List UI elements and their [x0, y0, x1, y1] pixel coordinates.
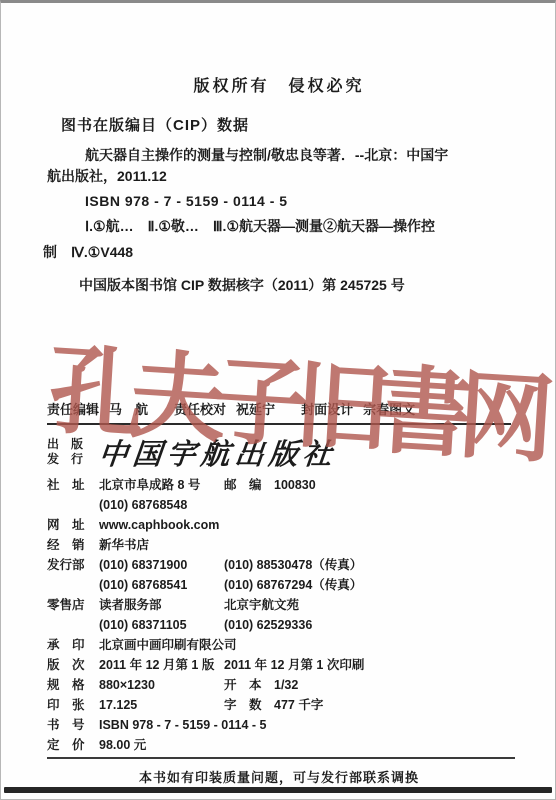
colophon-row-size: 规 格880×1230 开 本1/32 [47, 675, 511, 695]
row-value-2: 1/32 [274, 678, 298, 692]
publisher-distribution-label: 出 版 发 行 [47, 437, 99, 467]
colophon-row-sheets: 印 张17.125 字 数477 千字 [47, 695, 511, 715]
row-value: 北京市阜成路 8 号 [99, 478, 200, 492]
publisher-logo-script: 中国宇航出版社 [97, 432, 339, 473]
colophon-row-edition: 版 次2011 年 12 月第 1 版 2011 年 12 月第 1 次印刷 [47, 655, 511, 675]
credit-cover-designer-name: 宗春图文 [363, 399, 415, 418]
credit-proofreader-role: 责任校对 [174, 399, 226, 418]
row-label: 定 价 [47, 735, 99, 755]
colophon-table: 社 址北京市阜成路 8 号 邮 编100830 (010) 68768548 网… [47, 475, 511, 755]
row-label: 经 销 [47, 535, 99, 555]
row-label: 社 址 [47, 475, 99, 495]
row-value-2: (010) 68767294（传真） [224, 578, 362, 592]
row-value: (010) 68768548 [99, 498, 187, 512]
page-content: 版权所有 侵权必究 图书在版编目（CIP）数据 航天器自主操作的测量与控制/敬忠… [1, 3, 555, 786]
row-value-2: 477 千字 [274, 698, 323, 712]
cip-entry-line1: 航天器自主操作的测量与控制/敬忠良等著．--北京：中国宇 [47, 145, 511, 166]
credit-editor: 责任编辑 马 航 [47, 399, 148, 418]
colophon-row-distributor: 经 销新华书店 [47, 535, 511, 555]
colophon-row-website: 网 址www.caphbook.com [47, 515, 511, 535]
row-label: 承 印 [47, 635, 99, 655]
row-value-2: (010) 88530478（传真） [224, 558, 362, 572]
row-value: (010) 68371105 [99, 618, 187, 632]
row-label: 书 号 [47, 715, 99, 735]
scanned-copyright-page: 版权所有 侵权必究 图书在版编目（CIP）数据 航天器自主操作的测量与控制/敬忠… [0, 0, 556, 800]
credit-proofreader-name: 祝延宁 [236, 399, 275, 418]
cip-record-number: 中国版本图书馆 CIP 数据核字（2011）第 245725 号 [79, 275, 511, 295]
cip-classification: Ⅰ.①航… Ⅱ.①敬… Ⅲ.①航天器—测量②航天器—操作控 制 Ⅳ.①V448 [47, 213, 511, 265]
footer-divider [47, 757, 515, 759]
row-label-2: 字 数 [224, 695, 274, 715]
credit-cover-designer-role: 封面设计 [301, 399, 353, 418]
row-value: 读者服务部 [99, 598, 162, 612]
row-value-2: (010) 62529336 [224, 618, 312, 632]
row-value: 新华书店 [99, 538, 149, 552]
colophon-row-book-number: 书 号ISBN 978 - 7 - 5159 - 0114 - 5 [47, 715, 511, 735]
colophon-row-retail-2: (010) 68371105 (010) 62529336 [47, 615, 511, 635]
row-value-2: 100830 [274, 478, 316, 492]
row-value: (010) 68768541 [99, 578, 187, 592]
credit-editor-role: 责任编辑 [47, 399, 99, 418]
row-label-2: 开 本 [224, 675, 274, 695]
colophon-row-retail-1: 零售店读者服务部 北京宇航文苑 [47, 595, 511, 615]
colophon-row-address-phone: (010) 68768548 [47, 495, 511, 515]
publish-label: 出 版 [47, 437, 99, 452]
row-value: (010) 68371900 [99, 558, 187, 572]
row-value: ISBN 978 - 7 - 5159 - 0114 - 5 [99, 718, 266, 732]
colophon-row-printer: 承 印北京画中画印刷有限公司 [47, 635, 511, 655]
row-value: 北京画中画印刷有限公司 [99, 638, 237, 652]
cip-class-line1: Ⅰ.①航… Ⅱ.①敬… Ⅲ.①航天器—测量②航天器—操作控 [47, 213, 511, 239]
row-label: 网 址 [47, 515, 99, 535]
row-value: 17.125 [99, 698, 137, 712]
colophon-row-sales-dept-2: (010) 68768541 (010) 68767294（传真） [47, 575, 511, 595]
credit-proofreader: 责任校对 祝延宁 [174, 399, 275, 418]
row-label: 印 张 [47, 695, 99, 715]
cip-entry: 航天器自主操作的测量与控制/敬忠良等著．--北京：中国宇 航出版社，2011.1… [47, 145, 511, 187]
cip-class-line2: 制 Ⅳ.①V448 [47, 239, 511, 265]
cip-heading: 图书在版编目（CIP）数据 [61, 114, 511, 135]
row-label: 规 格 [47, 675, 99, 695]
row-value: 880×1230 [99, 678, 155, 692]
row-value-2: 北京宇航文苑 [224, 598, 299, 612]
colophon-row-sales-dept-1: 发行部(010) 68371900 (010) 88530478（传真） [47, 555, 511, 575]
cip-entry-line2: 航出版社，2011.12 [47, 166, 511, 187]
credits-row: 责任编辑 马 航 责任校对 祝延宁 封面设计 宗春图文 [47, 399, 511, 425]
page-bottom-edge [4, 787, 552, 793]
colophon-row-address: 社 址北京市阜成路 8 号 邮 编100830 [47, 475, 511, 495]
row-value-2: 2011 年 12 月第 1 次印刷 [224, 658, 364, 672]
credit-cover-designer: 封面设计 宗春图文 [301, 399, 415, 418]
row-label: 零售店 [47, 595, 99, 615]
row-label-2: 邮 编 [224, 475, 274, 495]
row-value: 2011 年 12 月第 1 版 [99, 658, 214, 672]
distribute-label: 发 行 [47, 452, 99, 467]
publisher-block: 出 版 发 行 中国宇航出版社 [47, 431, 511, 473]
row-label: 发行部 [47, 555, 99, 575]
colophon-row-price: 定 价98.00 元 [47, 735, 511, 755]
credit-editor-name: 马 航 [109, 399, 148, 418]
copyright-notice: 版权所有 侵权必究 [47, 73, 511, 96]
row-value: www.caphbook.com [99, 518, 219, 532]
cip-isbn: ISBN 978 - 7 - 5159 - 0114 - 5 [85, 193, 511, 209]
row-value: 98.00 元 [99, 738, 146, 752]
row-label: 版 次 [47, 655, 99, 675]
quality-note: 本书如有印装质量问题，可与发行部联系调换 [47, 767, 511, 786]
